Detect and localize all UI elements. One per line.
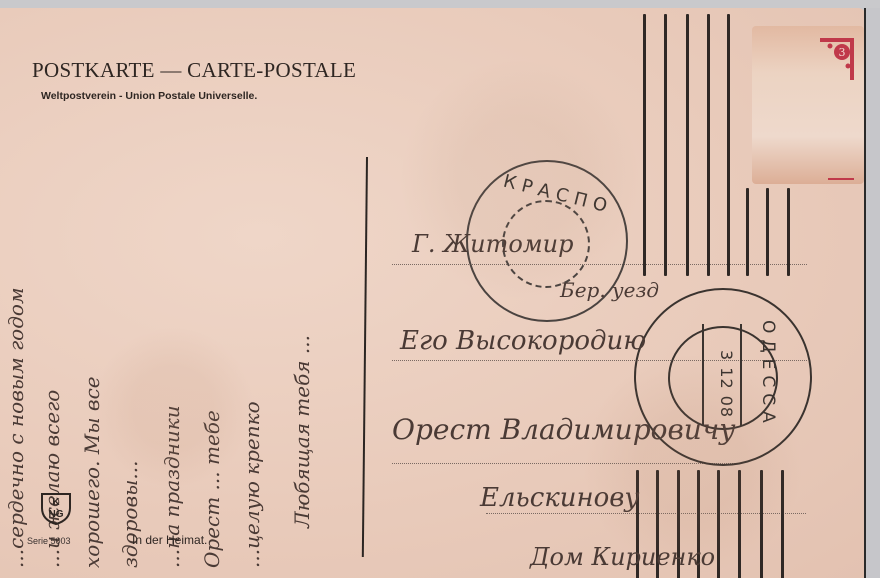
publisher-logo-icon: K NG bbox=[38, 490, 74, 526]
message-line: хорошего. Мы все bbox=[80, 376, 104, 568]
message-line: ...сердечно с новым годом bbox=[4, 287, 28, 568]
address-line-3: Его Высокородию bbox=[400, 326, 646, 356]
postcard-subtitle: Weltpostverein - Union Postale Universel… bbox=[41, 90, 257, 102]
address-line bbox=[486, 513, 806, 514]
stamp-edge-mark bbox=[828, 178, 854, 180]
postmark-text: ОДЕССА bbox=[758, 320, 778, 429]
postcard: POSTKARTE — CARTE-POSTALE Weltpostverein… bbox=[0, 8, 866, 578]
address-line-1: Г. Житомир bbox=[412, 230, 574, 258]
address-line-4: Орест Владимировичу bbox=[392, 413, 735, 446]
card-caption: In der Heimat. bbox=[132, 533, 207, 547]
message-line: Любящая тебя ... bbox=[290, 335, 314, 528]
address-line-6: Дом Кириенко bbox=[530, 543, 715, 571]
message-line: ...целую крепко bbox=[240, 401, 264, 568]
address-line-5: Ельскинову bbox=[480, 483, 640, 513]
scan-background-edge bbox=[864, 8, 880, 578]
postmark-date: 3 12 08 bbox=[717, 350, 736, 418]
svg-text:NG: NG bbox=[49, 509, 64, 520]
series-number: Serie 5003 bbox=[27, 536, 71, 546]
svg-text:K: K bbox=[52, 497, 60, 508]
message-line: здоровы... bbox=[118, 461, 142, 568]
vertical-divider bbox=[362, 157, 368, 557]
postcard-title: POSTKARTE — CARTE-POSTALE bbox=[32, 58, 356, 83]
address-line-2: Бер. уезд bbox=[560, 278, 659, 302]
stamp-value-icon: 3 bbox=[818, 36, 856, 82]
svg-text:3: 3 bbox=[839, 46, 846, 59]
address-line bbox=[392, 463, 737, 464]
